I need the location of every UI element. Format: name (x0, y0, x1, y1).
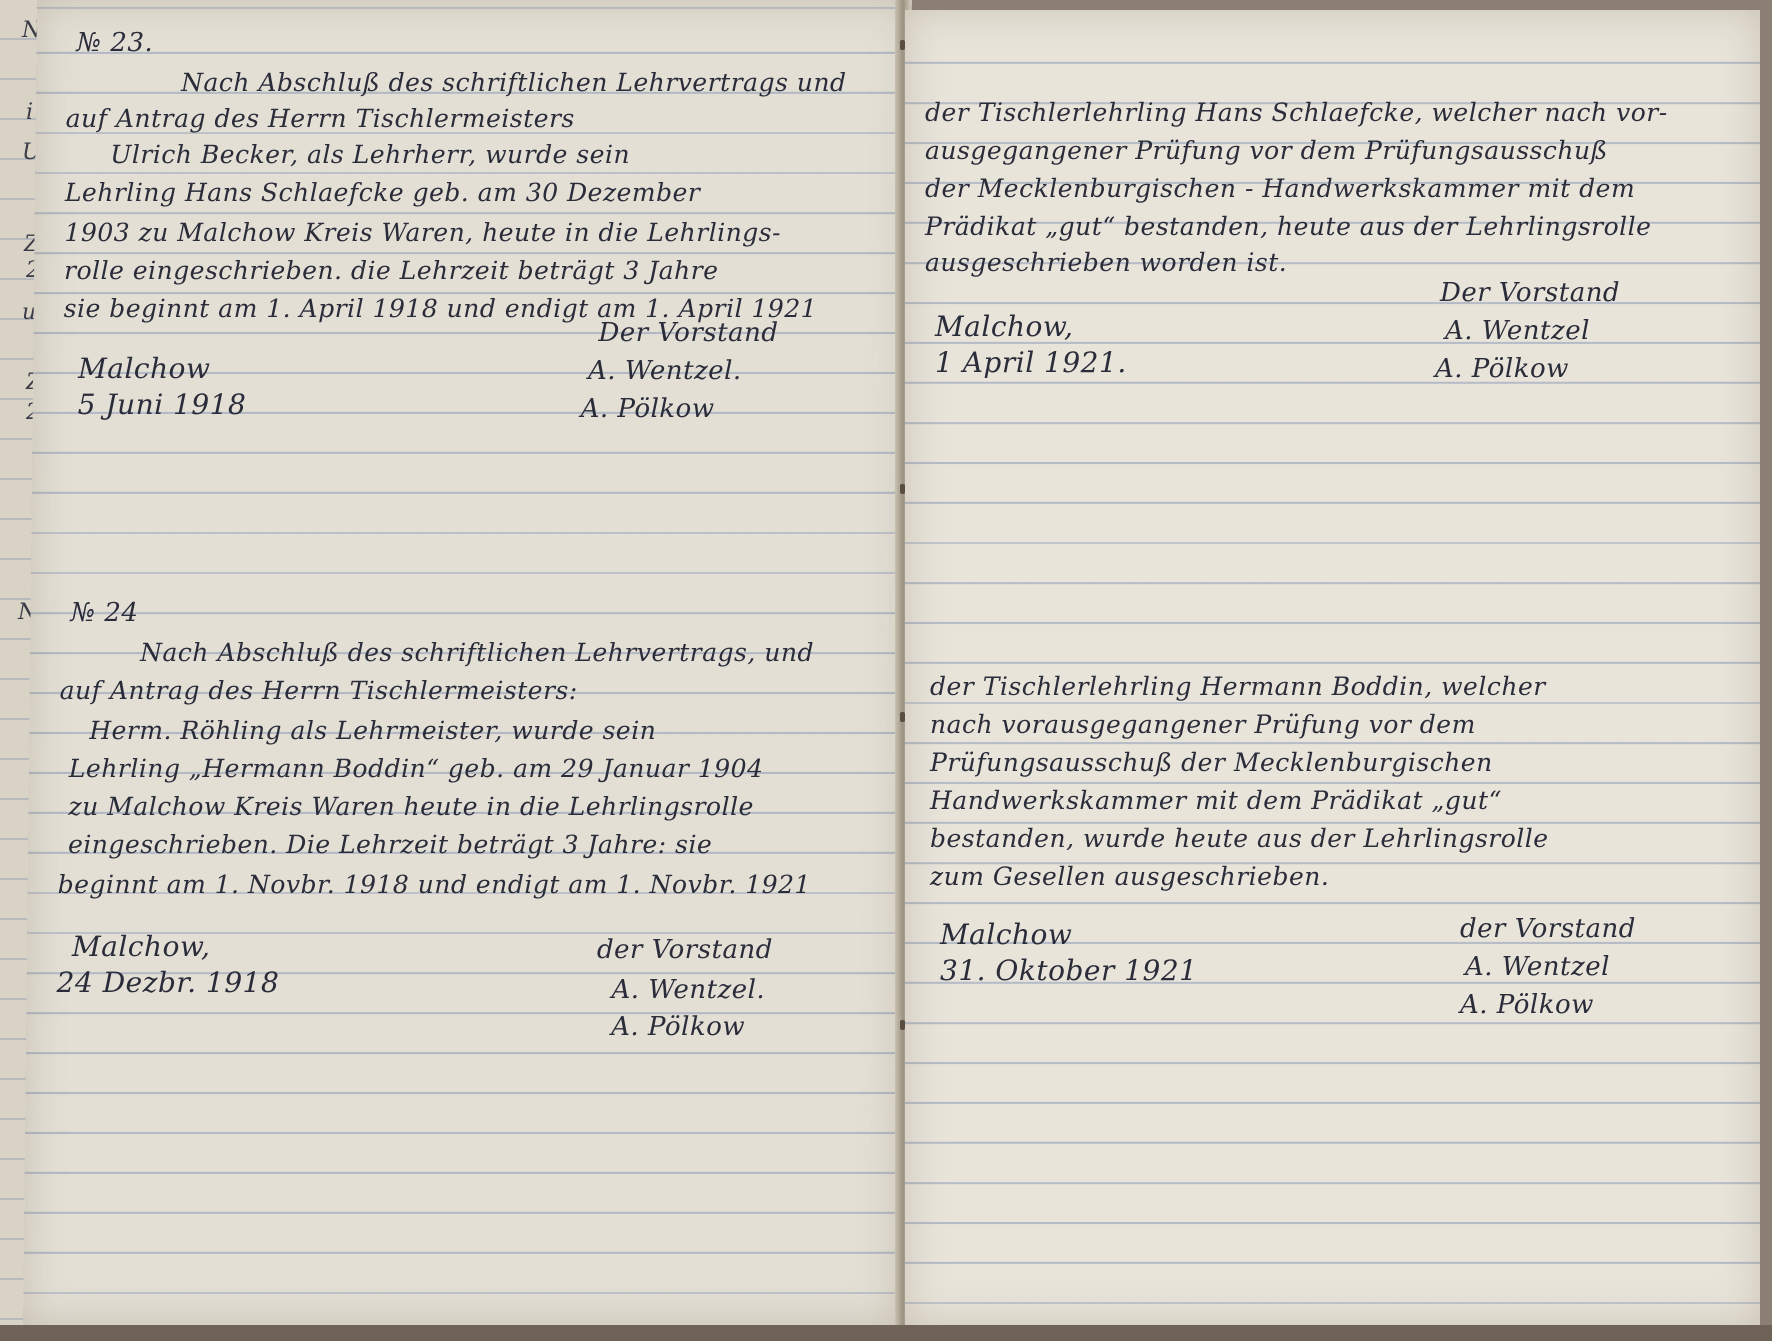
entry-date: 5 Juni 1918 (78, 388, 247, 421)
entry-line: Lehrling Hans Schlaefcke geb. am 30 Deze… (65, 178, 701, 207)
entry-line: Prüfungsausschuß der Mecklenburgischen (930, 748, 1493, 777)
entry-line: Prädikat „gut“ bestanden, heute aus der … (925, 212, 1651, 241)
signature-title: der Vorstand (1460, 914, 1636, 944)
entry-line: zu Malchow Kreis Waren heute in die Lehr… (68, 792, 754, 821)
entry-date: 1 April 1921. (935, 346, 1127, 379)
entry-line: ausgegangener Prüfung vor dem Prüfungsau… (925, 136, 1608, 165)
entry-line: Lehrling „Hermann Boddin“ geb. am 29 Jan… (69, 754, 764, 783)
entry-line: Handwerkskammer mit dem Prädikat „gut“ (930, 786, 1502, 815)
left-page: № 23. Nach Abschluß des schriftlichen Le… (23, 0, 912, 1325)
signature-name: A. Wentzel (1465, 952, 1610, 982)
signature-name: A. Wentzel (1445, 316, 1590, 346)
signature-name: A. Pölkow (611, 1012, 745, 1042)
signature-name: A. Pölkow (580, 394, 714, 424)
entry-place: Malchow (78, 352, 211, 385)
entry-line: Ulrich Becker, als Lehrherr, wurde sein (110, 140, 630, 169)
right-page: der Tischlerlehrling Hans Schlaefcke, we… (905, 10, 1760, 1325)
signature-name: A. Pölkow (1460, 990, 1594, 1020)
entry-line: rolle eingeschrieben. die Lehrzeit beträ… (64, 256, 719, 285)
entry-line: 1903 zu Malchow Kreis Waren, heute in di… (64, 218, 781, 247)
entry-line: auf Antrag des Herrn Tischlermeisters: (60, 676, 578, 705)
signature-name: A. Wentzel. (611, 975, 765, 1005)
entry-line: nach vorausgegangener Prüfung vor dem (930, 710, 1476, 739)
entry-line: ausgeschrieben worden ist. (925, 248, 1287, 277)
entry-line: bestanden, wurde heute aus der Lehrlings… (930, 824, 1549, 853)
margin-mark: i (26, 100, 33, 125)
entry-date: 24 Dezbr. 1918 (56, 966, 279, 999)
book-bottom-edge (0, 1325, 1772, 1341)
entry-number: № 23. (76, 28, 153, 58)
signature-title: Der Vorstand (598, 318, 778, 348)
entry-line: der Tischlerlehrling Hermann Boddin, wel… (930, 672, 1546, 701)
entry-line: zum Gesellen ausgeschrieben. (930, 862, 1329, 891)
signature-name: A. Wentzel. (588, 356, 742, 386)
signature-title: der Vorstand (597, 935, 773, 965)
entry-line: der Mecklenburgischen - Handwerkskammer … (925, 174, 1635, 203)
entry-line: auf Antrag des Herrn Tischlermeisters (66, 104, 575, 133)
signature-title: Der Vorstand (1440, 278, 1620, 308)
entry-place: Malchow, (72, 930, 211, 963)
entry-place: Malchow, (935, 310, 1073, 343)
entry-line: der Tischlerlehrling Hans Schlaefcke, we… (925, 98, 1668, 127)
entry-line: Herm. Röhling als Lehrmeister, wurde sei… (89, 716, 656, 745)
entry-number: № 24 (70, 598, 138, 628)
entry-line: beginnt am 1. Novbr. 1918 und endigt am … (58, 870, 812, 899)
entry-line: Nach Abschluß des schriftlichen Lehrvert… (181, 68, 847, 97)
open-book: N i U Z 2 u Z 2 N № 23. Nach Abschluß de… (0, 0, 1772, 1341)
entry-line: eingeschrieben. Die Lehrzeit beträgt 3 J… (68, 830, 712, 859)
entry-line: Nach Abschluß des schriftlichen Lehrvert… (140, 638, 814, 667)
entry-date: 31. Oktober 1921 (940, 954, 1198, 987)
signature-name: A. Pölkow (1435, 354, 1569, 384)
entry-place: Malchow (940, 918, 1072, 951)
